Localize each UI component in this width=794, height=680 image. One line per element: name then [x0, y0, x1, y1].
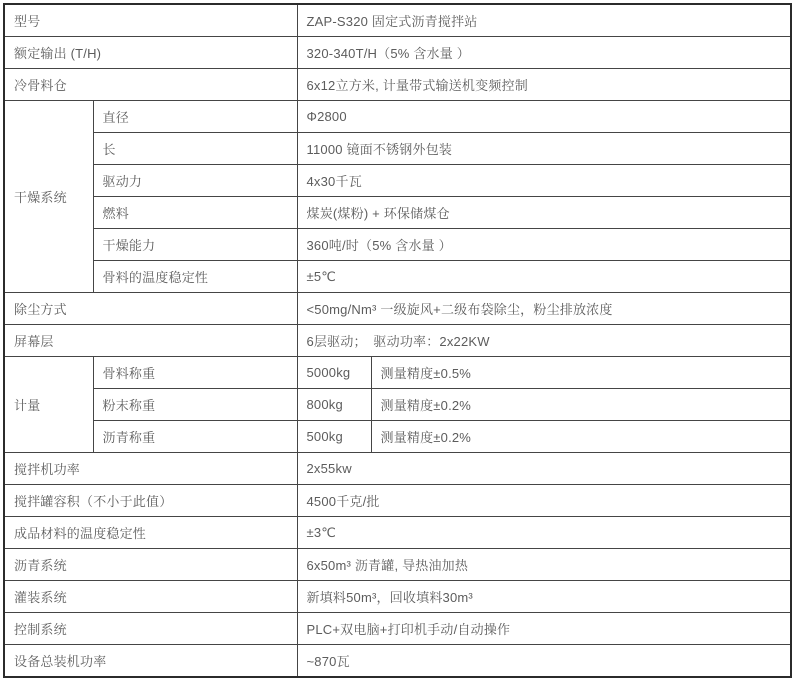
- table-row: 计量 骨料称重 5000kg 测量精度±0.5%: [4, 357, 791, 389]
- row-value-filling-system: 新填料50m³，回收填料30m³: [297, 581, 791, 613]
- table-row: 额定输出 (T/H) 320-340T/H（5% 含水量 ）: [4, 37, 791, 69]
- sub-label-aggregate-weighing: 骨料称重: [93, 357, 297, 389]
- group-label-metering: 计量: [4, 357, 93, 453]
- table-row: 燃料 煤炭(煤粉) + 环保储煤仓: [4, 197, 791, 229]
- table-row: 成品材料的温度稳定性 ±3℃: [4, 517, 791, 549]
- row-label-mixer-tank-capacity: 搅拌罐容积（不小于此值）: [4, 485, 297, 517]
- row-label-total-installed-power: 设备总装机功率: [4, 645, 297, 678]
- row-value-cold-aggregate-bin: 6x12立方米, 计量带式输送机变频控制: [297, 69, 791, 101]
- sub-value-diameter: Φ2800: [297, 101, 791, 133]
- table-row: 干燥能力 360吨/时（5% 含水量 ）: [4, 229, 791, 261]
- sub-precision-powder: 测量精度±0.2%: [371, 389, 791, 421]
- sub-label-fuel: 燃料: [93, 197, 297, 229]
- row-label-dust-removal: 除尘方式: [4, 293, 297, 325]
- sub-precision-aggregate: 测量精度±0.5%: [371, 357, 791, 389]
- table-row: 设备总装机功率 ~870瓦: [4, 645, 791, 678]
- row-value-mixer-power: 2x55kw: [297, 453, 791, 485]
- sub-label-asphalt-weighing: 沥青称重: [93, 421, 297, 453]
- table-row: 搅拌罐容积（不小于此值） 4500千克/批: [4, 485, 791, 517]
- row-label-control-system: 控制系统: [4, 613, 297, 645]
- sub-weight-aggregate: 5000kg: [297, 357, 371, 389]
- table-row: 搅拌机功率 2x55kw: [4, 453, 791, 485]
- row-value-product-temp-stability: ±3℃: [297, 517, 791, 549]
- row-label-product-temp-stability: 成品材料的温度稳定性: [4, 517, 297, 549]
- row-label-asphalt-system: 沥青系统: [4, 549, 297, 581]
- sub-label-drive-power: 驱动力: [93, 165, 297, 197]
- sub-value-drying-capacity: 360吨/时（5% 含水量 ）: [297, 229, 791, 261]
- table-row: 控制系统 PLC+双电脑+打印机手动/自动操作: [4, 613, 791, 645]
- row-value-dust-removal: <50mg/Nm³ 一级旋风+二级布袋除尘，粉尘排放浓度: [297, 293, 791, 325]
- row-label-screen-layers: 屏幕层: [4, 325, 297, 357]
- table-row: 干燥系统 直径 Φ2800: [4, 101, 791, 133]
- table-row: 沥青系统 6x50m³ 沥青罐, 导热油加热: [4, 549, 791, 581]
- row-label-cold-aggregate-bin: 冷骨料仓: [4, 69, 297, 101]
- row-value-control-system: PLC+双电脑+打印机手动/自动操作: [297, 613, 791, 645]
- table-row: 驱动力 4x30千瓦: [4, 165, 791, 197]
- sub-value-fuel: 煤炭(煤粉) + 环保储煤仓: [297, 197, 791, 229]
- row-label-model: 型号: [4, 4, 297, 37]
- row-label-rated-output: 额定输出 (T/H): [4, 37, 297, 69]
- table-row: 型号 ZAP-S320 固定式沥青搅拌站: [4, 4, 791, 37]
- group-label-drying-system: 干燥系统: [4, 101, 93, 293]
- table-row: 长 11000 镜面不锈钢外包装: [4, 133, 791, 165]
- row-value-screen-layers: 6层驱动； 驱动功率：2x22KW: [297, 325, 791, 357]
- spec-table: 型号 ZAP-S320 固定式沥青搅拌站 额定输出 (T/H) 320-340T…: [3, 3, 792, 678]
- row-value-mixer-tank-capacity: 4500千克/批: [297, 485, 791, 517]
- sub-value-aggregate-temp-stability: ±5℃: [297, 261, 791, 293]
- sub-value-length: 11000 镜面不锈钢外包装: [297, 133, 791, 165]
- table-row: 粉末称重 800kg 测量精度±0.2%: [4, 389, 791, 421]
- sub-label-diameter: 直径: [93, 101, 297, 133]
- sub-weight-asphalt: 500kg: [297, 421, 371, 453]
- table-row: 骨料的温度稳定性 ±5℃: [4, 261, 791, 293]
- sub-precision-asphalt: 测量精度±0.2%: [371, 421, 791, 453]
- sub-label-aggregate-temp-stability: 骨料的温度稳定性: [93, 261, 297, 293]
- sub-value-drive-power: 4x30千瓦: [297, 165, 791, 197]
- table-row: 屏幕层 6层驱动； 驱动功率：2x22KW: [4, 325, 791, 357]
- table-row: 灌装系统 新填料50m³，回收填料30m³: [4, 581, 791, 613]
- table-row: 除尘方式 <50mg/Nm³ 一级旋风+二级布袋除尘，粉尘排放浓度: [4, 293, 791, 325]
- row-label-filling-system: 灌装系统: [4, 581, 297, 613]
- row-value-total-installed-power: ~870瓦: [297, 645, 791, 678]
- row-label-mixer-power: 搅拌机功率: [4, 453, 297, 485]
- row-value-asphalt-system: 6x50m³ 沥青罐, 导热油加热: [297, 549, 791, 581]
- sub-label-powder-weighing: 粉末称重: [93, 389, 297, 421]
- sub-label-length: 长: [93, 133, 297, 165]
- table-row: 沥青称重 500kg 测量精度±0.2%: [4, 421, 791, 453]
- table-row: 冷骨料仓 6x12立方米, 计量带式输送机变频控制: [4, 69, 791, 101]
- sub-label-drying-capacity: 干燥能力: [93, 229, 297, 261]
- sub-weight-powder: 800kg: [297, 389, 371, 421]
- row-value-model: ZAP-S320 固定式沥青搅拌站: [297, 4, 791, 37]
- row-value-rated-output: 320-340T/H（5% 含水量 ）: [297, 37, 791, 69]
